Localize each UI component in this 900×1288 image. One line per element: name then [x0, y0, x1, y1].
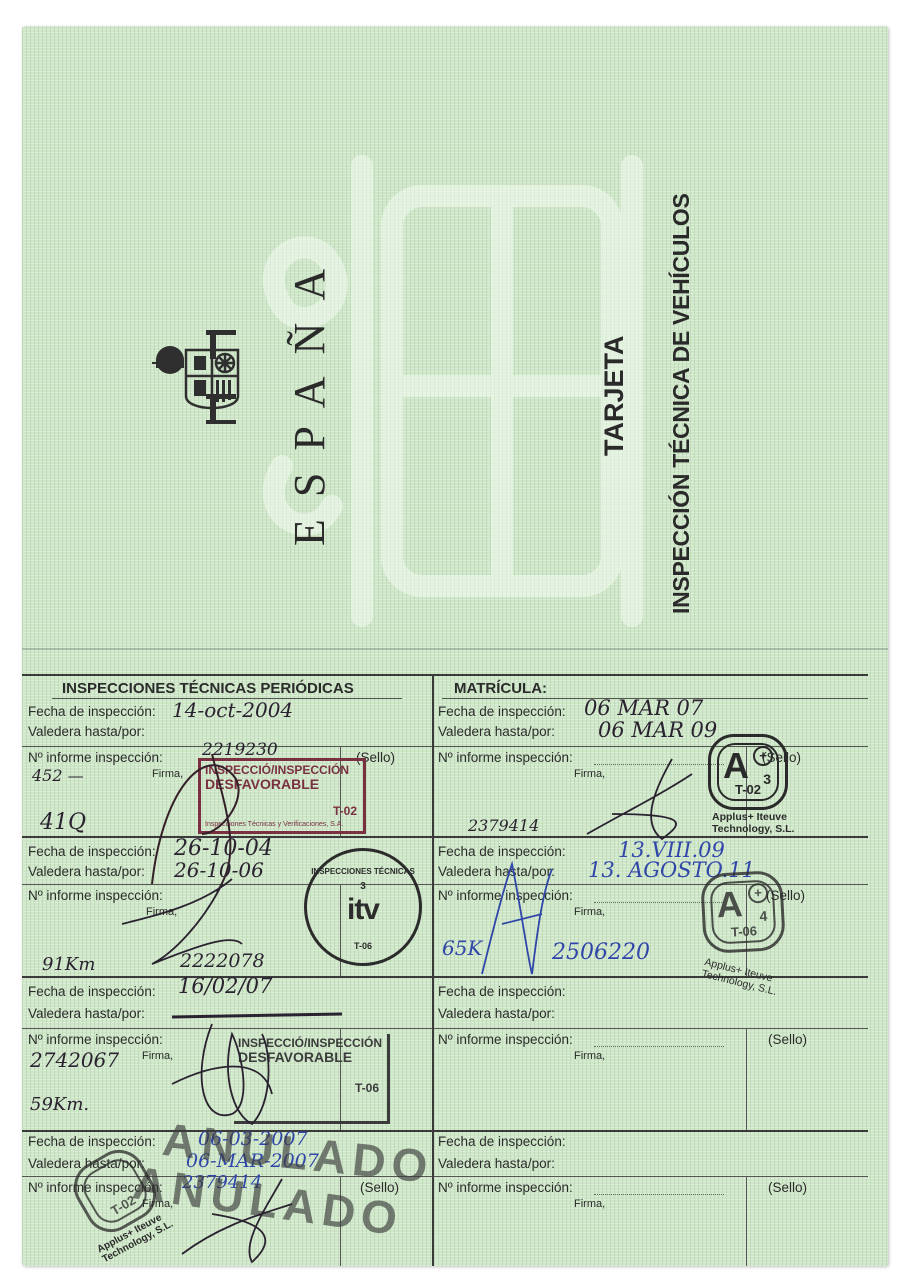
label-firma: Firma,	[142, 1050, 173, 1062]
center-divider	[432, 674, 434, 1266]
label-sello: (Sello)	[768, 1032, 807, 1047]
fold-line	[22, 648, 888, 650]
label-fecha: Fecha de inspección:	[438, 984, 566, 999]
seal-divider-r4	[746, 1176, 747, 1266]
itv-card: ESPAÑA TARJETA INSPECCIÓN TÉCNICA DE VEH…	[22, 26, 888, 1266]
label-firma: Firma,	[574, 1050, 605, 1062]
row-3-mid-rule	[22, 1028, 868, 1029]
left-section-header: INSPECCIONES TÉCNICAS PERIÓDICAS	[62, 680, 354, 697]
stamp-letter: A	[723, 745, 749, 787]
stamp-code: T-06	[307, 941, 419, 951]
entry-1-fecha: 14-oct-2004	[172, 698, 293, 722]
seal-divider-r3	[746, 1028, 747, 1130]
label-fecha: Fecha de inspección:	[438, 1134, 566, 1149]
entry-2-note-1: 2379414	[468, 816, 539, 835]
stamp-letter: A	[716, 883, 744, 926]
label-informe: Nº informe inspección:	[28, 1032, 163, 1047]
label-fecha: Fecha de inspección:	[28, 844, 156, 859]
plus-icon: +	[753, 746, 773, 766]
label-valedera: Valedera hasta/por:	[438, 1006, 555, 1021]
stamp-number: 4	[759, 908, 768, 924]
informe-dots	[594, 1046, 724, 1047]
entry-2-valedera: 06 MAR 09	[598, 718, 717, 742]
signature-7	[182, 1174, 302, 1264]
signature-2	[582, 754, 702, 844]
entry-2-fecha: 06 MAR 07	[584, 696, 703, 720]
label-fecha: Fecha de inspección:	[28, 704, 156, 719]
label-valedera: Valedera hasta/por:	[28, 724, 145, 739]
entry-1-note-2: 41Q	[40, 810, 86, 835]
stamp-code: T-06	[355, 1082, 379, 1095]
stamp-code: T-02	[711, 782, 785, 797]
label-sello: (Sello)	[768, 1180, 807, 1195]
label-firma: Firma,	[574, 1198, 605, 1210]
form-top-rule	[22, 674, 868, 676]
label-fecha: Fecha de inspección:	[28, 984, 156, 999]
card-word: TARJETA	[599, 336, 630, 457]
card-title: INSPECCIÓN TÉCNICA DE VEHÍCULOS	[668, 193, 695, 614]
country-title: ESPAÑA	[284, 247, 335, 546]
stamp-ring-text: INSPECCIONES TÉCNICAS	[307, 867, 419, 876]
row-3-bottom-rule	[22, 1130, 868, 1132]
entry-3-note-1: 91Km	[42, 954, 95, 975]
label-fecha: Fecha de inspección:	[28, 1134, 156, 1149]
entry-5-note-2: 59Km.	[30, 1094, 89, 1115]
stamp-company: Applus+ Iteuve Technology, S.L.	[712, 812, 794, 835]
stamp-code: T-02	[333, 805, 357, 818]
label-informe: Nº informe inspección:	[438, 750, 573, 765]
stamp-applus-t06: A + 4 T-06	[700, 870, 786, 954]
label-informe: Nº informe inspección:	[438, 1032, 573, 1047]
company-line-2: Technology, S.L.	[712, 824, 794, 836]
entry-1-note-1: 452 —	[32, 766, 84, 785]
signature-3	[112, 874, 252, 974]
label-valedera: Valedera hasta/por:	[28, 1006, 145, 1021]
right-section-header: MATRÍCULA:	[454, 680, 547, 697]
spain-coat-of-arms-icon	[150, 326, 246, 426]
label-valedera: Valedera hasta/por:	[438, 1156, 555, 1171]
signature-4	[472, 854, 572, 984]
stamp-number: 3	[307, 881, 419, 892]
informe-dots	[594, 1194, 724, 1195]
stamp-itv-circle: INSPECCIONES TÉCNICAS 3 itv T-06	[304, 848, 422, 966]
itv-logo-icon: itv	[307, 893, 419, 927]
stamp-applus-t02: A + 3 T-02	[708, 734, 788, 810]
stamp-code: T-06	[706, 922, 783, 941]
entry-5-fecha: 16/02/07	[178, 974, 272, 998]
company-line-1: Applus+ Iteuve	[712, 812, 794, 824]
label-firma: Firma,	[574, 906, 605, 918]
label-informe: Nº informe inspección:	[438, 1180, 573, 1195]
entry-5-note-1: 2742067	[30, 1048, 119, 1072]
stamp-company: Applus+ Iteuve Technology, S.L.	[700, 957, 780, 998]
label-valedera: Valedera hasta/por:	[438, 724, 555, 739]
label-fecha: Fecha de inspección:	[438, 704, 566, 719]
